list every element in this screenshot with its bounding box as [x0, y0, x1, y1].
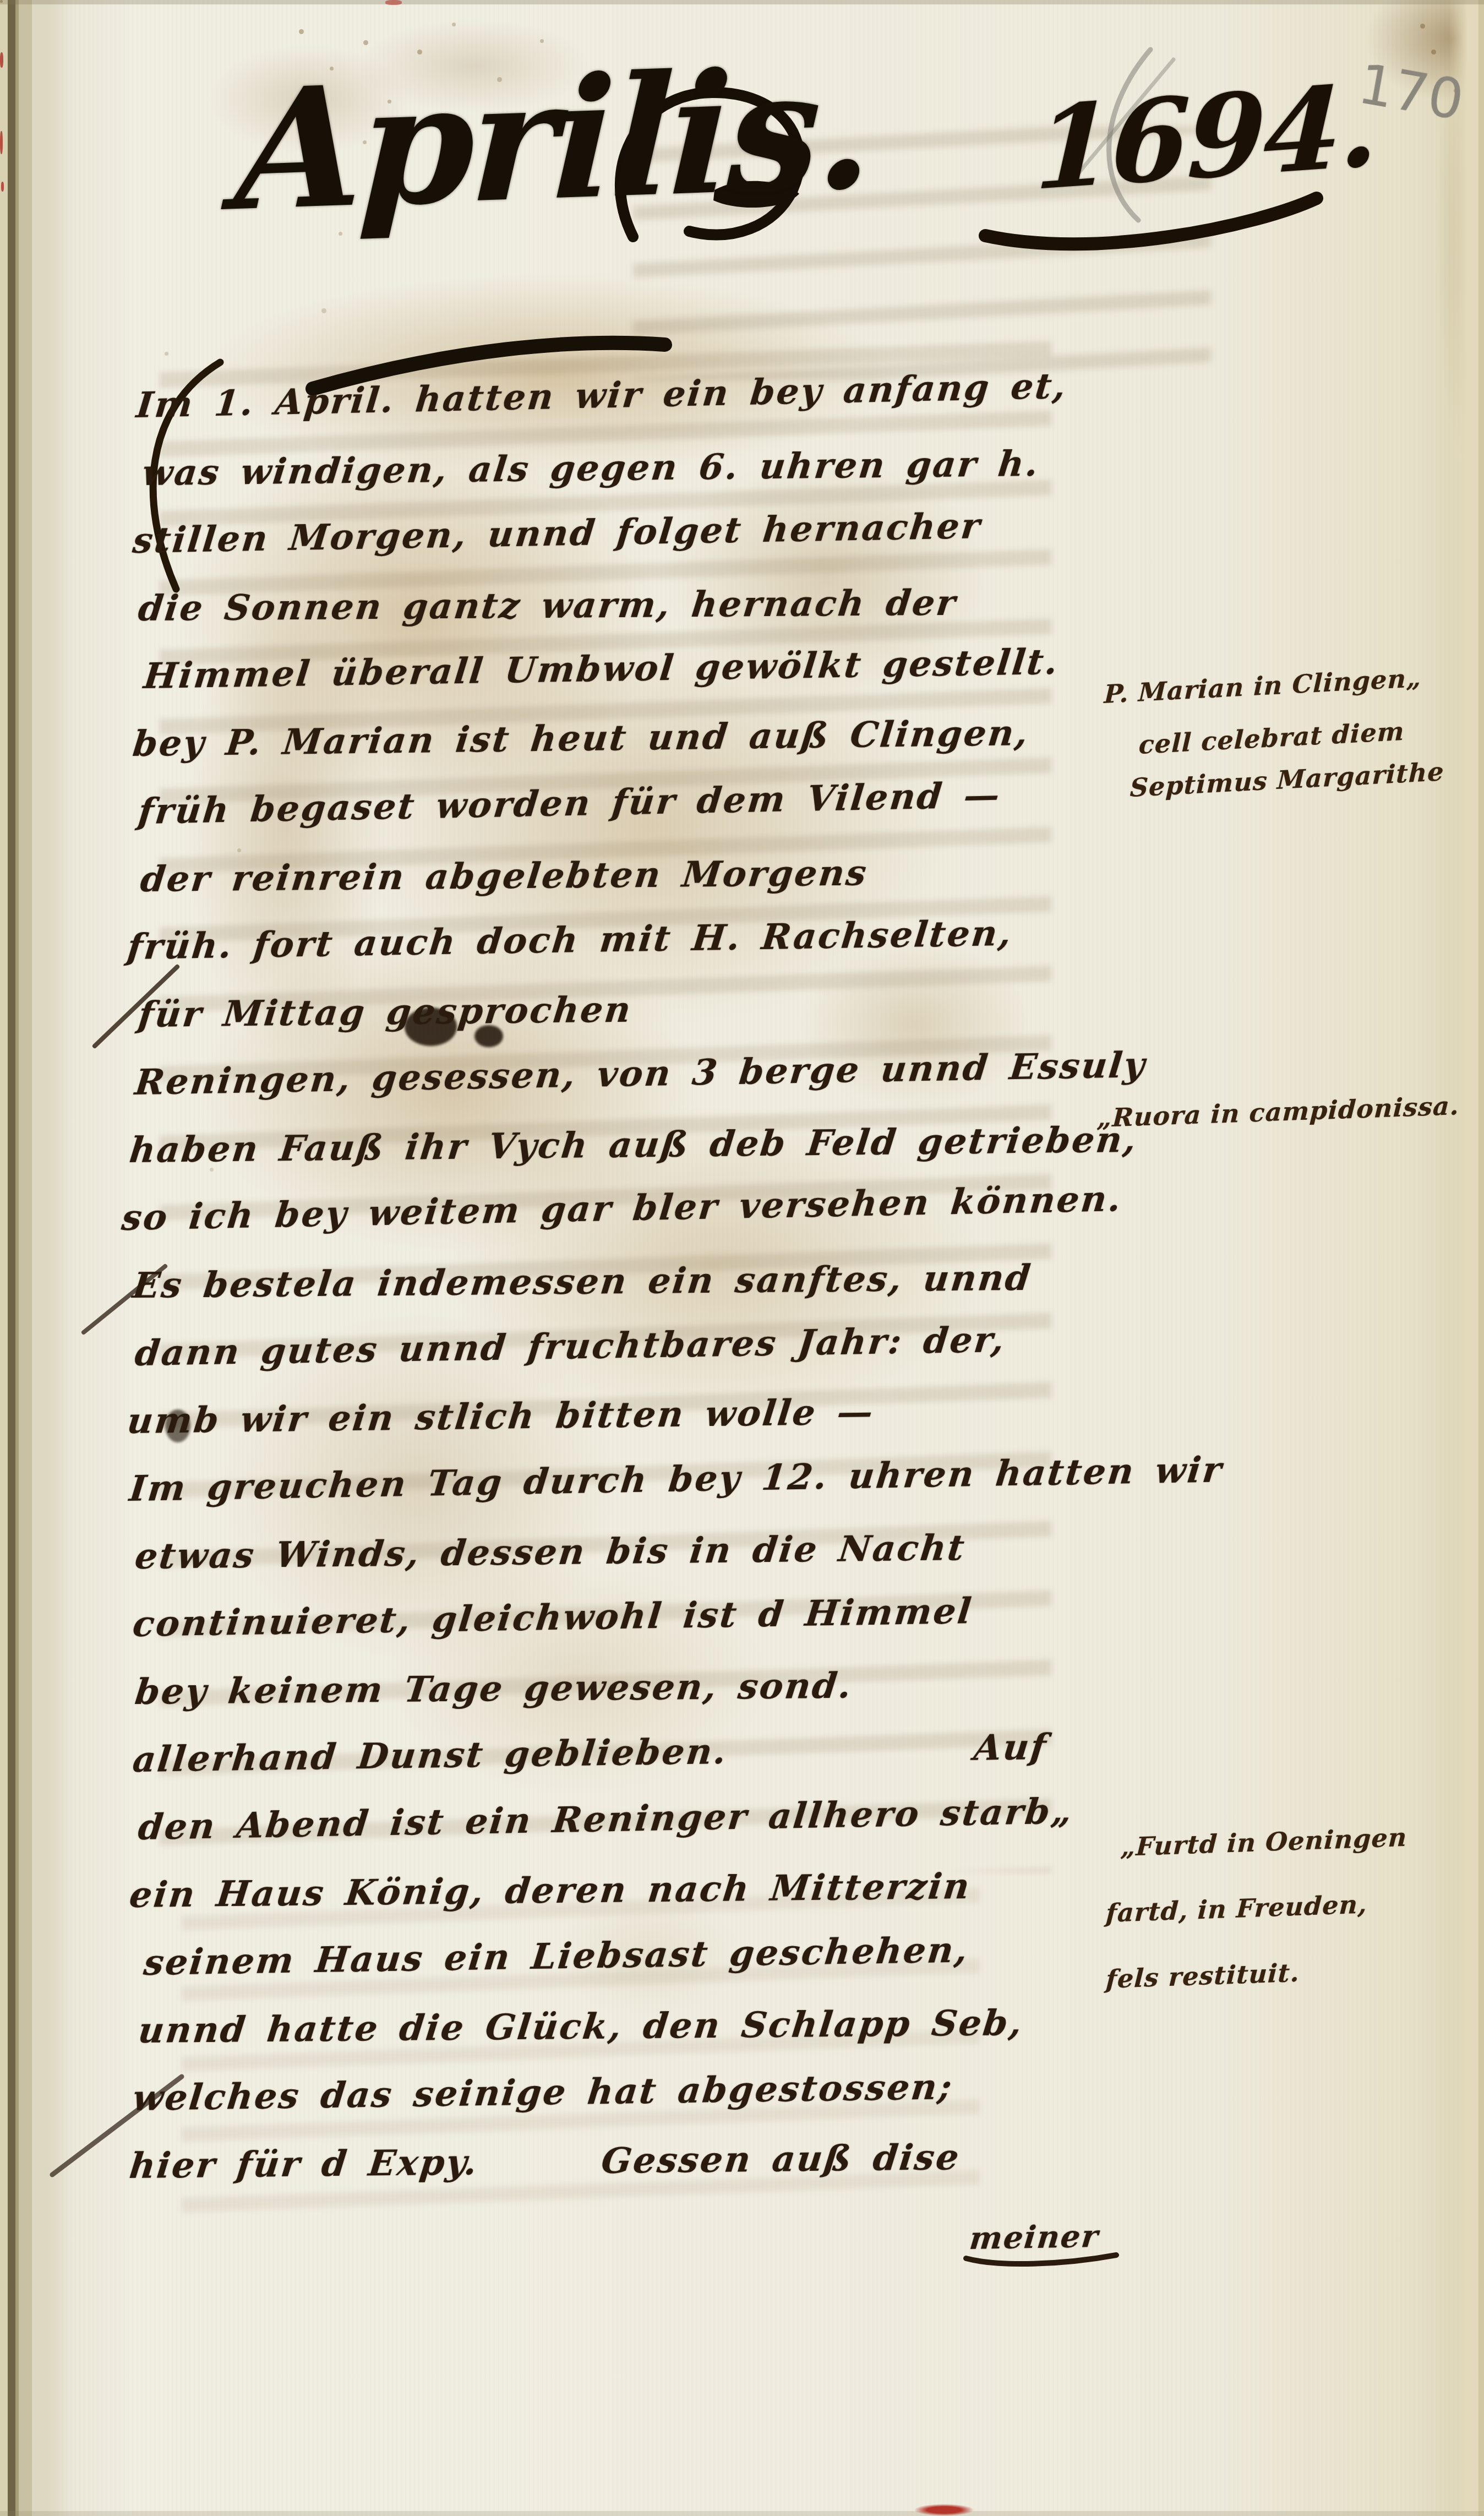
year-heading: 1694. — [1033, 69, 1379, 206]
body-line: unnd hatte die Glück, den Schlapp Seb, — [137, 2006, 1025, 2049]
body-line: umb wir ein stlich bitten wolle — — [126, 1395, 876, 1439]
body-line: was windigen, als gegen 6. uhren gar h. — [140, 446, 1041, 491]
manuscript-page: 170 1694. Aprilis. Im 1. April. hatten w… — [0, 0, 1484, 2516]
catchword-underline — [966, 2255, 1116, 2264]
month-heading: Aprilis. — [233, 46, 872, 234]
body-line: der reinrein abgelebten Morgens — [139, 856, 870, 897]
body-line: hier für d Expy. Gessen auß dise — [128, 2140, 962, 2184]
margin-note-line: fels restituit. — [1105, 1960, 1300, 1992]
body-line: für Mittag gesprochen — [137, 993, 634, 1033]
body-line: bey keinem Tage gewesen, sond. — [133, 1669, 854, 1710]
body-line: bey P. Marian ist heut und auß Clingen, — [131, 716, 1031, 762]
catchword: meiner — [968, 2221, 1100, 2254]
body-line: Es bestela indemessen ein sanftes, unnd — [131, 1261, 1034, 1304]
body-line: die Sonnen gantz warm, hernach der — [137, 586, 959, 627]
body-line: haben Fauß ihr Vych auß deb Feld getrieb… — [128, 1123, 1139, 1168]
body-line: ein Haus König, deren nach Mitterzin — [128, 1869, 973, 1913]
body-line: etwas Winds, dessen bis in die Nacht — [133, 1531, 968, 1575]
